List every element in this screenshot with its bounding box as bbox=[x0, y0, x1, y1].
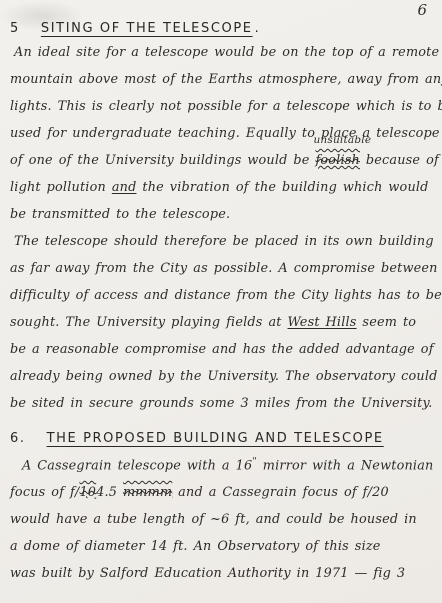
text-segment: focus of f/ bbox=[10, 485, 79, 500]
handwritten-line: a dome of diameter 14 ft. An Observatory… bbox=[10, 533, 434, 560]
page-number: 6 bbox=[417, 1, 428, 19]
section-title: THE PROPOSED BUILDING AND TELESCOPE bbox=[47, 431, 384, 446]
text-segment: The telescope should therefore be placed… bbox=[14, 234, 434, 249]
inserted-word-above: unsuitable bbox=[313, 134, 371, 146]
text-segment: already being owned by the University. T… bbox=[10, 369, 442, 384]
text-segment: mountain above most of the Earths atmosp… bbox=[10, 72, 442, 87]
section-heading-5: 5SITING OF THE TELESCOPE. bbox=[10, 21, 434, 36]
text-segment: of one of the University buildings would… bbox=[10, 153, 315, 168]
text-segment: be sited in secure grounds some 3 miles … bbox=[10, 396, 433, 411]
text-segment: mirror with a Newtonian bbox=[257, 458, 434, 473]
struck-out-word: mmmm bbox=[123, 485, 172, 500]
handwritten-line: be a reasonable compromise and has the a… bbox=[10, 336, 434, 363]
handwritten-line: An ideal site for a telescope would be o… bbox=[10, 39, 434, 66]
handwritten-line: The telescope should therefore be placed… bbox=[10, 228, 434, 255]
handwritten-line: be sited in secure grounds some 3 miles … bbox=[10, 390, 434, 417]
underlined-word: West Hills bbox=[287, 315, 356, 330]
text-segment: used for undergraduate teaching. Equally… bbox=[10, 126, 442, 141]
paragraph: An ideal site for a telescope would be o… bbox=[10, 39, 434, 228]
text-segment: because of the bbox=[360, 153, 442, 168]
text-segment: An ideal site for a telescope would be o… bbox=[14, 45, 439, 60]
handwritten-line: would have a tube length of ~6 ft, and c… bbox=[10, 506, 434, 533]
section-title: SITING OF THE TELESCOPE bbox=[41, 21, 253, 36]
handwritten-line: as far away from the City as possible. A… bbox=[10, 255, 434, 282]
handwritten-line: mountain above most of the Earths atmosp… bbox=[10, 66, 434, 93]
text-segment: the vibration of the building which woul… bbox=[136, 180, 428, 195]
section-heading-6: 6.THE PROPOSED BUILDING AND TELESCOPE bbox=[10, 431, 434, 446]
paragraph: The telescope should therefore be placed… bbox=[10, 228, 434, 417]
handwritten-line: focus of f/104.5 mmmm and a Cassegrain f… bbox=[10, 479, 434, 506]
document-page: 6 5SITING OF THE TELESCOPE.An ideal site… bbox=[0, 0, 442, 603]
struck-out-word: foolish bbox=[315, 153, 360, 168]
handwritten-line: A Cassegrain telescope with a 16" mirror… bbox=[10, 448, 434, 479]
handwritten-line: light pollution and the vibration of the… bbox=[10, 174, 434, 201]
text-segment: lights. This is clearly not possible for… bbox=[10, 99, 442, 114]
section-number: 6. bbox=[10, 431, 26, 446]
paragraph: A Cassegrain telescope with a 16" mirror… bbox=[10, 448, 434, 587]
section-title-suffix: . bbox=[255, 21, 261, 36]
handwritten-line: already being owned by the University. T… bbox=[10, 363, 434, 390]
text-segment: A Cassegrain telescope with a 16 bbox=[22, 458, 252, 473]
text-segment: be transmitted to the telescope. bbox=[10, 207, 230, 222]
text-segment: as far away from the City as possible. A… bbox=[10, 261, 438, 276]
document-content: 5SITING OF THE TELESCOPE.An ideal site f… bbox=[0, 0, 442, 587]
handwritten-line: difficulty of access and distance from t… bbox=[10, 282, 434, 309]
text-segment: be a reasonable compromise and has the a… bbox=[10, 342, 434, 357]
handwritten-line: was built by Salford Education Authority… bbox=[10, 560, 434, 587]
struck-out-word: 10 bbox=[79, 485, 96, 500]
section-number: 5 bbox=[10, 21, 20, 36]
text-segment: seem to bbox=[357, 315, 417, 330]
underlined-word: and bbox=[112, 180, 137, 195]
text-segment: was built by Salford Education Authority… bbox=[10, 566, 405, 581]
text-segment: a dome of diameter 14 ft. An Observatory… bbox=[10, 539, 381, 554]
text-segment: and a Cassegrain focus of f/20 bbox=[172, 485, 389, 500]
handwritten-correction: unsuitablefoolish bbox=[315, 147, 360, 174]
text-segment: would have a tube length of ~6 ft, and c… bbox=[10, 512, 417, 527]
text-segment: light pollution bbox=[10, 180, 112, 195]
text-segment: 4.5 bbox=[96, 485, 123, 500]
text-segment: difficulty of access and distance from t… bbox=[10, 288, 442, 303]
text-segment: sought. The University playing fields at bbox=[10, 315, 287, 330]
handwritten-line: of one of the University buildings would… bbox=[10, 147, 434, 174]
handwritten-line: be transmitted to the telescope. bbox=[10, 201, 434, 228]
handwritten-line: sought. The University playing fields at… bbox=[10, 309, 434, 336]
handwritten-line: lights. This is clearly not possible for… bbox=[10, 93, 434, 120]
